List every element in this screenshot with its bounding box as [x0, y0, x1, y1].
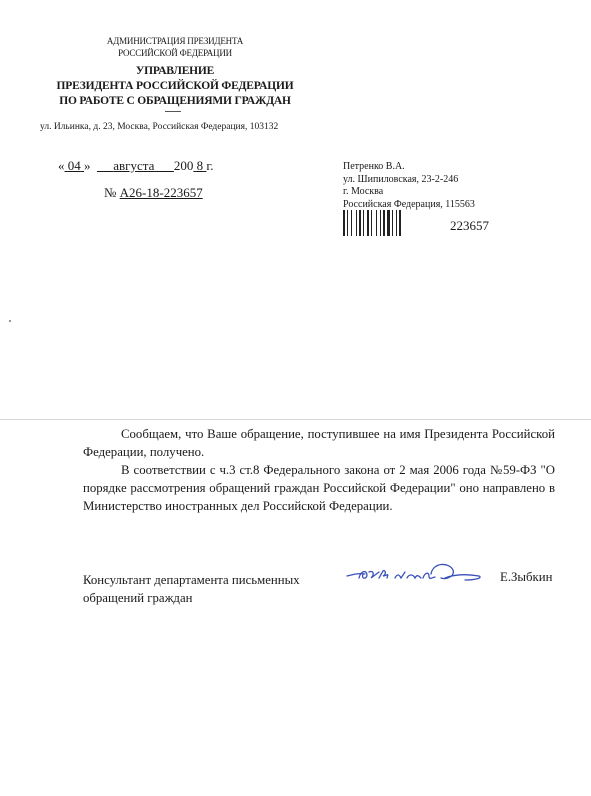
date-day: 04: [65, 158, 85, 173]
barcode-icon: [343, 210, 420, 236]
recipient-block: Петренко В.А. ул. Шипиловская, 23-2-246 …: [343, 161, 475, 211]
number-sign: №: [104, 185, 116, 200]
registration-number-value: А26-18-223657: [120, 185, 203, 200]
administration-line: АДМИНИСТРАЦИЯ ПРЕЗИДЕНТА: [60, 35, 290, 47]
date-month: августа: [97, 158, 174, 173]
department-line: ПО РАБОТЕ С ОБРАЩЕНИЯМИ ГРАЖДАН: [40, 94, 310, 109]
letterhead-dash: [165, 111, 181, 112]
department-line: ПРЕЗИДЕНТА РОССИЙСКОЙ ФЕДЕРАЦИИ: [40, 79, 310, 94]
department-heading: УПРАВЛЕНИЕ ПРЕЗИДЕНТА РОССИЙСКОЙ ФЕДЕРАЦ…: [40, 64, 310, 109]
recipient-street: ул. Шипиловская, 23-2-246: [343, 174, 475, 187]
date-year-suffix: 8: [193, 158, 206, 173]
letter-date: « 04 » августа 200 8 г.: [58, 158, 214, 174]
handwritten-signature-icon: [345, 560, 495, 590]
recipient-name: Петренко В.А.: [343, 161, 475, 174]
letter-body: Сообщаем, что Ваше обращение, поступивше…: [83, 425, 555, 515]
registration-number: № А26-18-223657: [104, 185, 203, 201]
barcode-number: 223657: [450, 218, 489, 234]
signer-name: Е.Зыбкин: [500, 570, 552, 585]
recipient-city: г. Москва: [343, 186, 475, 199]
signer-title-line: Консультант департамента письменных: [83, 571, 343, 589]
body-paragraph: Сообщаем, что Ваше обращение, поступивше…: [83, 425, 555, 461]
body-paragraph: В соответствии с ч.3 ст.8 Федерального з…: [83, 461, 555, 515]
scan-fold-line: [0, 419, 591, 420]
signer-title: Консультант департамента письменных обра…: [83, 571, 343, 607]
department-line: УПРАВЛЕНИЕ: [40, 64, 310, 79]
date-quote: »: [84, 158, 91, 173]
administration-heading: АДМИНИСТРАЦИЯ ПРЕЗИДЕНТА РОССИЙСКОЙ ФЕДЕ…: [60, 35, 290, 59]
scan-speck: [9, 320, 11, 322]
signer-title-line: обращений граждан: [83, 589, 343, 607]
date-year-abbr: г.: [206, 158, 213, 173]
date-year-prefix: 200: [174, 158, 194, 173]
administration-line: РОССИЙСКОЙ ФЕДЕРАЦИИ: [60, 47, 290, 59]
sender-address: ул. Ильинка, д. 23, Москва, Российская Ф…: [40, 122, 278, 132]
